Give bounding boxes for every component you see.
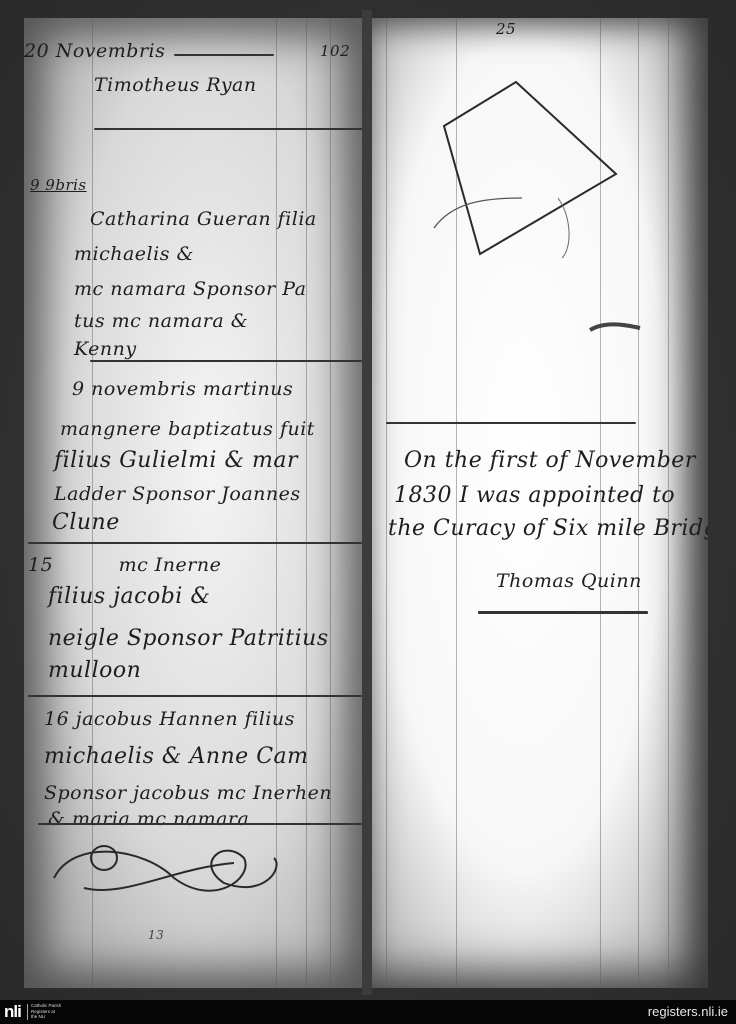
site-url: registers.nli.ie	[648, 1004, 728, 1019]
signature: Thomas Quinn	[496, 570, 642, 592]
nli-logo: nli	[4, 1003, 21, 1021]
book-spine	[362, 10, 372, 995]
right-page: 25 On the first of November 1830 I was a…	[372, 18, 708, 988]
note-divider	[386, 422, 636, 424]
note-line: On the first of November	[404, 448, 696, 473]
signature-underline	[478, 611, 648, 614]
logo-caption: Catholic Parish Registers at the NLI	[31, 1003, 71, 1020]
footer-bar: nli Catholic Parish Registers at the NLI…	[0, 1000, 736, 1024]
note-line: 1830 I was appointed to	[394, 483, 675, 508]
logo-caption-line: the NLI	[31, 1014, 71, 1020]
left-page: 20 Novembris 102 Timotheus Ryan 9 9bris …	[24, 18, 362, 988]
note-line: the Curacy of Six mile Bridge	[388, 516, 708, 541]
bottom-mark: 13	[148, 928, 164, 942]
flourish-scroll	[24, 18, 362, 988]
logo-divider	[27, 1004, 28, 1020]
